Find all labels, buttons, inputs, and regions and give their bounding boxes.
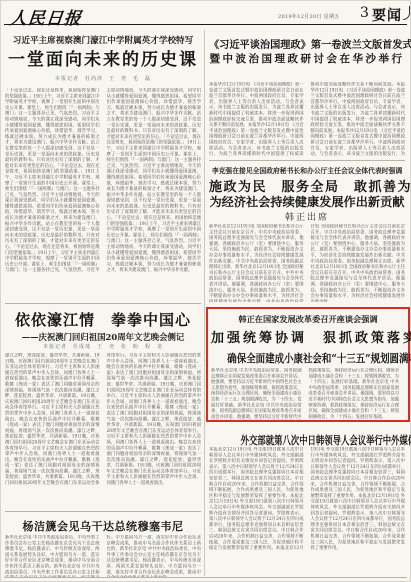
likeqiang-kicker: 李克强在接见全国政府秘书长和办公厅主任会议全体代表时强调 bbox=[209, 165, 405, 175]
hanzheng-headline-line2: 确保全面建成小康社会和“十三五”规划圆满收官 bbox=[227, 350, 411, 366]
masthead-logo: 人民日报 bbox=[9, 4, 84, 29]
likeqiang-subhead: 韩正出席 bbox=[209, 210, 405, 223]
poland-headline-line1: 《习近平谈治国理政》第一卷波兰文版首发式 bbox=[209, 36, 405, 51]
gala-body: 濠江之畔，莲花绽放；盛世华章，共谱新篇。19日晚，庆祝澳门回归祖国20周年文艺晚… bbox=[5, 353, 201, 506]
poland-body: 本报华沙12月19日电 《习近平谈治国理政》第一卷波兰文版首发式暨中波治国理政研… bbox=[209, 82, 405, 156]
divider bbox=[5, 511, 201, 512]
hanzheng-kicker: 韩正在国家发展改革委召开座谈会强调 bbox=[211, 314, 405, 325]
briefing-headline-wrap: 外交部就第八次中日韩领导人会议举行中外媒体吹风会 bbox=[209, 429, 405, 448]
briefing-body: 本报北京12月19日电 外交部19日就第八次中日韩领导人会议举行中外媒体吹风会。… bbox=[209, 447, 405, 575]
gala-headline: 依依濠江情 拳拳中国心 bbox=[5, 309, 201, 330]
masthead-rule bbox=[4, 24, 407, 25]
history-headline: 一堂面向未来的历史课 bbox=[5, 45, 201, 70]
hanzheng-headline-line1: 加强统筹协调 狠抓政策落实 bbox=[211, 327, 405, 346]
likeqiang-headline-line2: 为经济社会持续健康发展作出新贡献 bbox=[209, 193, 405, 210]
likeqiang-body: 新华社北京12月19日电 全国政府秘书长和办公厅主任会议日前在京召开。中共中央政… bbox=[209, 224, 405, 302]
page-bottom-rule bbox=[4, 577, 407, 578]
hanzheng-red-box: 韩正在国家发展改革委召开座谈会强调 加强统筹协调 狠抓政策落实 确保全面建成小康… bbox=[206, 307, 410, 422]
page-number: 3 bbox=[360, 5, 369, 21]
section-corner-mark-icon bbox=[403, 6, 410, 20]
hanzheng-headline-line2-wrap: 确保全面建成小康社会和“十三五”规划圆满收官 bbox=[211, 347, 405, 366]
yangjiechi-headline: 杨洁篪会见乌干达总统穆塞韦尼 bbox=[5, 518, 201, 534]
history-byline: 本报记者 杜尚泽 王 尧 毛 磊 bbox=[5, 75, 201, 82]
divider bbox=[5, 303, 201, 304]
hanzheng-body: 新华社北京电 中共中央政治局常委、国务院副总理韩正在国家发展改革委召开座谈会并讲… bbox=[211, 368, 399, 420]
poland-headline-line2: 暨中波治国理政研讨会在华沙举行 bbox=[209, 51, 405, 66]
yangjiechi-body: 新华社北京电 中共中央政治局委员、中央外事工作委员会办公室主任杨洁篪在京会见乌干… bbox=[5, 535, 201, 577]
divider bbox=[209, 160, 405, 161]
gala-subtitle: ——庆祝澳门回归祖国20周年文艺晚会侧记 bbox=[5, 331, 201, 343]
newspaper-page: 人民日报 2019年12月20日 星期五 3 要闻 习近平主席视察澳门濠江中学附… bbox=[0, 0, 411, 582]
history-body: 「不论是过去、现在还是将来，祖国始终是澳门的坚强依靠。」19日上午，习近平主席来… bbox=[5, 88, 201, 298]
section-title: 要闻 bbox=[372, 5, 402, 25]
briefing-headline: 外交部就第八次中日韩领导人会议举行中外媒体吹风会 bbox=[241, 432, 411, 448]
column-divider bbox=[204, 30, 205, 576]
masthead-date: 2019年12月20日 星期五 bbox=[278, 13, 340, 20]
gala-byline: 本报记者 任成琦 王 尧 张 盼 程 龙 bbox=[5, 343, 201, 350]
